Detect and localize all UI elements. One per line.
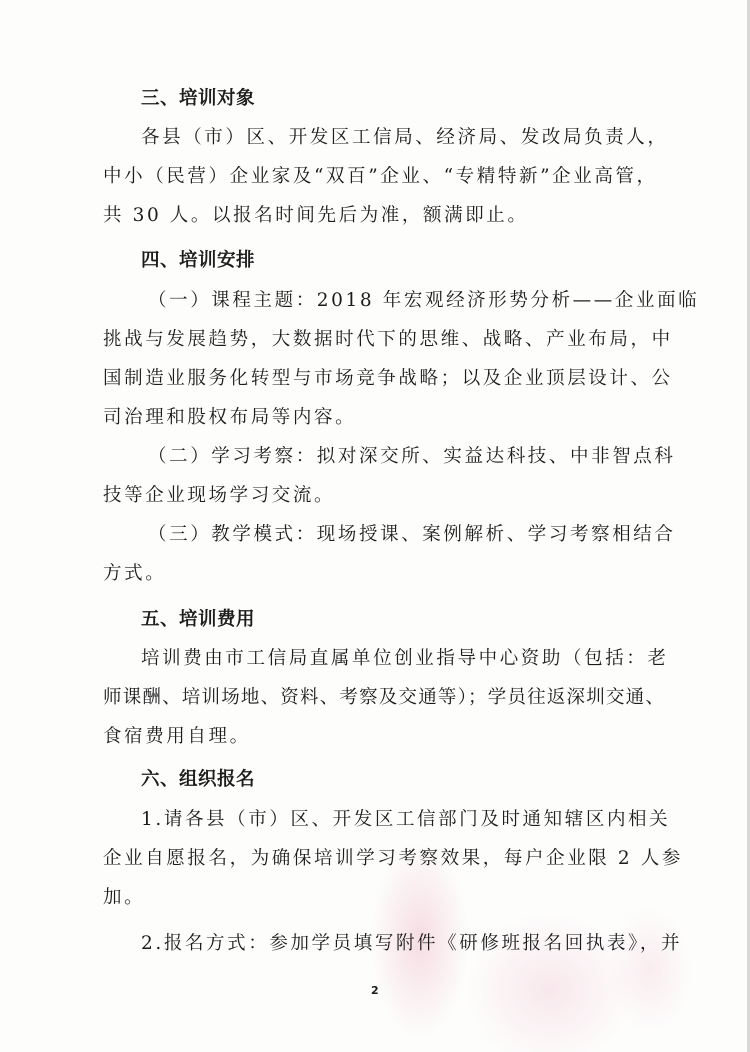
document-page: 三、培训对象 各县（市）区、开发区工信局、经济局、发改局负责人， 中小（民营）企…: [0, 0, 750, 1052]
paragraph-line: 2.报名方式：参加学员填写附件《研修班报名回执表》，并: [141, 932, 701, 956]
paragraph-line: 企业自愿报名，为确保培训学习考察效果，每户企业限 2 人参: [103, 847, 663, 871]
paragraph-line: 共 30 人。以报名时间先后为准，额满即止。: [103, 204, 663, 228]
paragraph-line: （三）教学模式：现场授课、案例解析、学习考察相结合: [148, 523, 708, 547]
paragraph-line: 食宿费用自理。: [103, 725, 663, 749]
page-number: 2: [371, 984, 379, 997]
paragraph-line: 师课酬、培训场地、资料、考察及交通等）；学员往返深圳交通、: [103, 686, 663, 710]
paragraph-line: 方式。: [103, 562, 663, 586]
section-heading-training-arrangement: 四、培训安排: [141, 249, 701, 273]
paragraph-line: （二）学习考察：拟对深交所、实益达科技、中非智点科: [148, 445, 708, 469]
section-heading-training-fees: 五、培训费用: [141, 608, 701, 632]
paragraph-line: 1.请各县（市）区、开发区工信部门及时通知辖区内相关: [141, 808, 701, 832]
paragraph-line: 中小（民营）企业家及“双百”企业、“专精特新”企业高管，: [103, 165, 663, 189]
paragraph-line: 加。: [103, 886, 663, 910]
paragraph-line: （一）课程主题：2018 年宏观经济形势分析——企业面临: [148, 289, 708, 313]
paragraph-line: 技等企业现场学习交流。: [103, 484, 663, 508]
paragraph-line: 各县（市）区、开发区工信局、经济局、发改局负责人，: [141, 126, 701, 150]
section-heading-target-audience: 三、培训对象: [141, 87, 701, 111]
section-heading-registration: 六、组织报名: [141, 768, 701, 792]
paragraph-line: 培训费由市工信局直属单位创业指导中心资助（包括：老: [141, 647, 701, 671]
paragraph-line: 国制造业服务化转型与市场竞争战略；以及企业顶层设计、公: [103, 367, 663, 391]
paragraph-line: 挑战与发展趋势，大数据时代下的思维、战略、产业布局，中: [103, 328, 663, 352]
paragraph-line: 司治理和股权布局等内容。: [103, 406, 663, 430]
